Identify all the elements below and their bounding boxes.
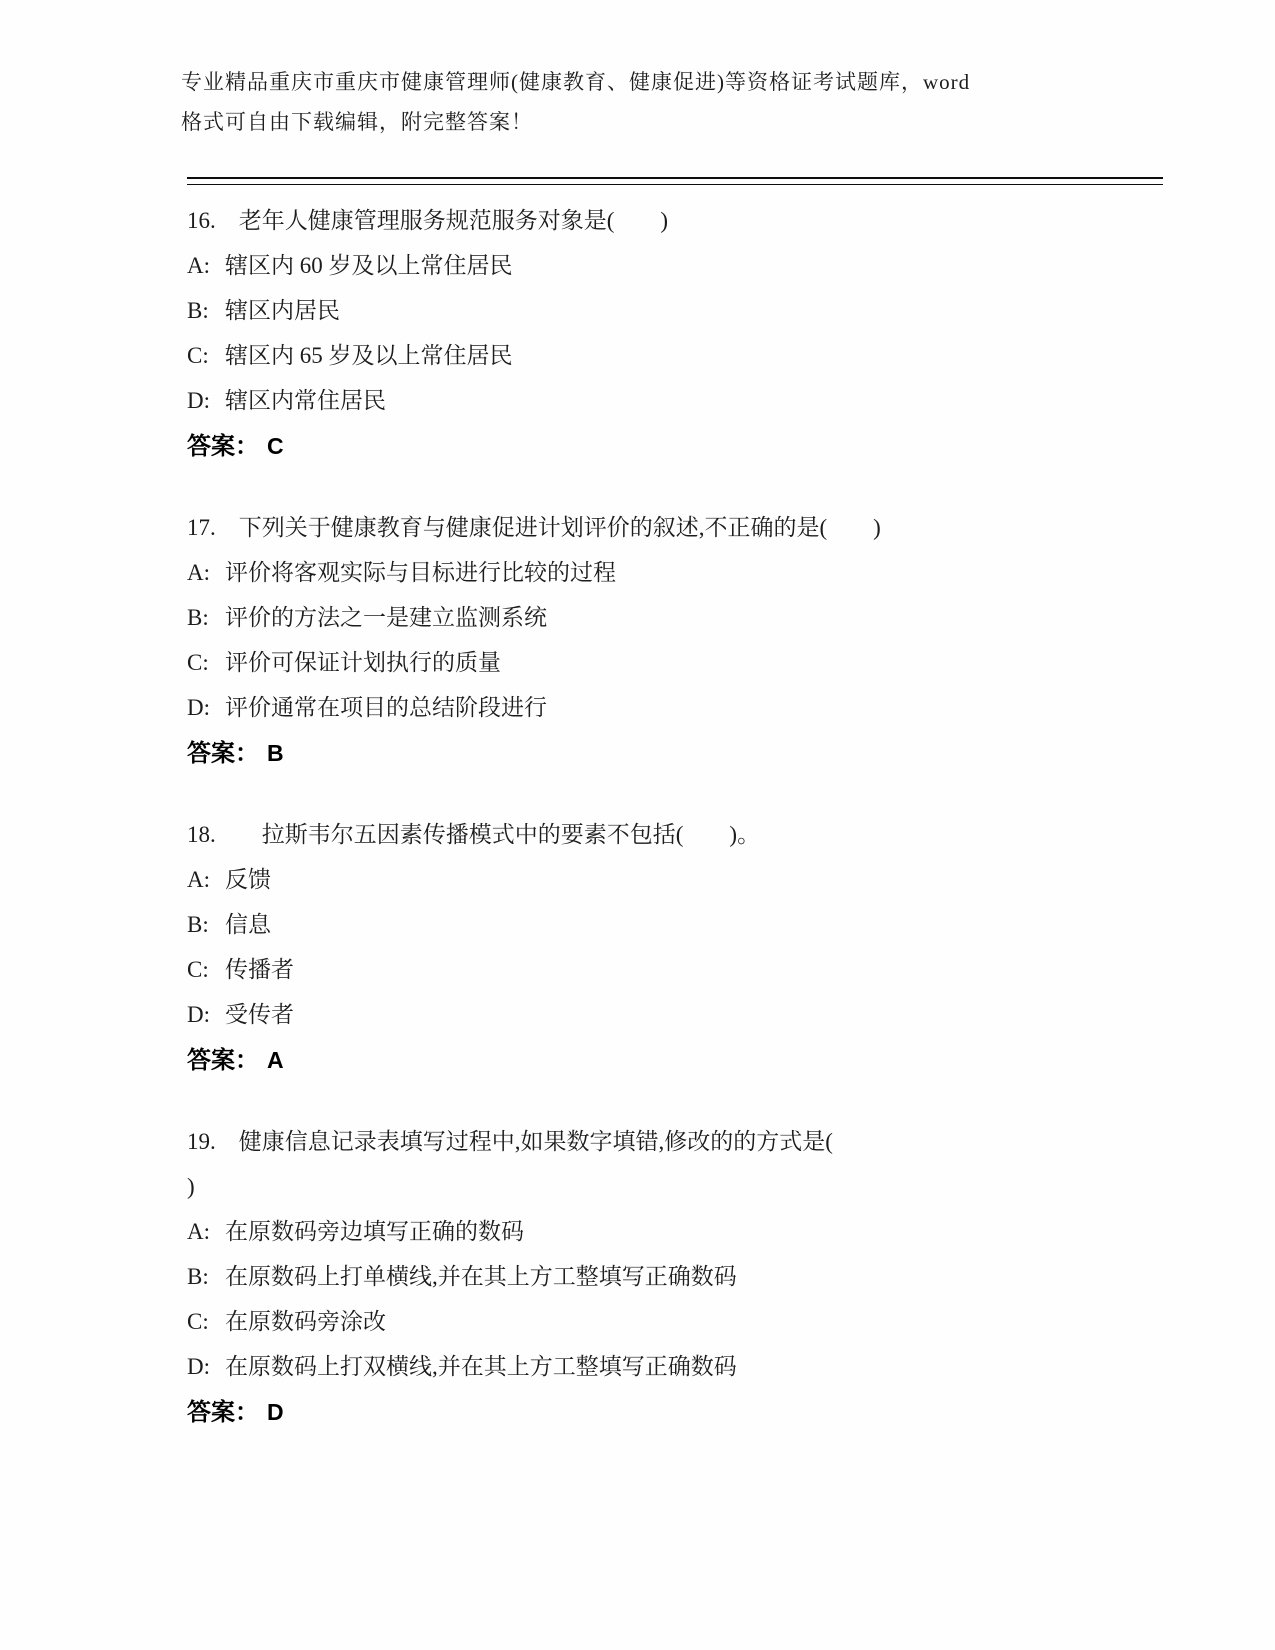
option-text: 传播者: [225, 957, 294, 982]
option-text: 评价的方法之一是建立监测系统: [225, 605, 547, 630]
answer-row: 答案：A: [187, 1037, 1177, 1085]
header-line-2: 格式可自由下载编辑，附完整答案！: [181, 102, 1171, 142]
option-text: 信息: [225, 912, 271, 937]
option-label: D:: [187, 378, 211, 423]
option-text: 反馈: [225, 867, 271, 892]
option-row: B:评价的方法之一是建立监测系统: [187, 595, 1177, 640]
question-stem: 18. 拉斯韦尔五因素传播模式中的要素不包括( )。: [187, 812, 1177, 857]
option-label: D:: [187, 685, 211, 730]
option-row: A:辖区内 60 岁及以上常住居民: [187, 243, 1177, 288]
option-row: D:在原数码上打双横线,并在其上方工整填写正确数码: [187, 1344, 1177, 1389]
option-text: 在原数码上打双横线,并在其上方工整填写正确数码: [225, 1354, 737, 1379]
option-row: D:辖区内常住居民: [187, 378, 1177, 423]
option-label: A:: [187, 550, 211, 595]
option-row: C:辖区内 65 岁及以上常住居民: [187, 333, 1177, 378]
question-stem: 19. 健康信息记录表填写过程中,如果数字填错,修改的的方式是(: [187, 1119, 1177, 1164]
option-text: 在原数码旁涂改: [225, 1309, 386, 1334]
option-label: D:: [187, 992, 211, 1037]
answer-row: 答案：D: [187, 1389, 1177, 1437]
option-label: C:: [187, 947, 211, 992]
questions: 16. 老年人健康管理服务规范服务对象是( )A:辖区内 60 岁及以上常住居民…: [187, 198, 1177, 1471]
answer-label: 答案：: [187, 1400, 259, 1426]
answer-row: 答案：B: [187, 730, 1177, 778]
option-label: B:: [187, 595, 211, 640]
answer-label: 答案：: [187, 1048, 259, 1074]
answer-row: 答案：C: [187, 423, 1177, 471]
answer-value: C: [267, 433, 284, 459]
option-row: B:辖区内居民: [187, 288, 1177, 333]
question-block: 19. 健康信息记录表填写过程中,如果数字填错,修改的的方式是()A:在原数码旁…: [187, 1119, 1177, 1437]
option-label: A:: [187, 243, 211, 288]
answer-label: 答案：: [187, 434, 259, 460]
question-stem: 17. 下列关于健康教育与健康促进计划评价的叙述,不正确的是( ): [187, 505, 1177, 550]
option-label: C:: [187, 1299, 211, 1344]
option-text: 辖区内 65 岁及以上常住居民: [225, 343, 513, 368]
option-label: B:: [187, 1254, 211, 1299]
answer-value: D: [267, 1399, 284, 1425]
answer-value: A: [267, 1047, 284, 1073]
question-block: 16. 老年人健康管理服务规范服务对象是( )A:辖区内 60 岁及以上常住居民…: [187, 198, 1177, 471]
header-divider-rule: [187, 177, 1163, 185]
option-row: A:在原数码旁边填写正确的数码: [187, 1209, 1177, 1254]
option-text: 辖区内 60 岁及以上常住居民: [225, 253, 513, 278]
option-row: B:在原数码上打单横线,并在其上方工整填写正确数码: [187, 1254, 1177, 1299]
option-text: 辖区内居民: [225, 298, 340, 323]
page-header: 专业精品重庆市重庆市健康管理师(健康教育、健康促进)等资格证考试题库，word …: [181, 62, 1171, 142]
document-page: 专业精品重庆市重庆市健康管理师(健康教育、健康促进)等资格证考试题库，word …: [0, 0, 1275, 1650]
option-text: 在原数码旁边填写正确的数码: [225, 1219, 524, 1244]
option-text: 评价通常在项目的总结阶段进行: [225, 695, 547, 720]
option-text: 在原数码上打单横线,并在其上方工整填写正确数码: [225, 1264, 737, 1289]
option-row: A:反馈: [187, 857, 1177, 902]
option-label: B:: [187, 902, 211, 947]
option-label: A:: [187, 1209, 211, 1254]
option-text: 辖区内常住居民: [225, 388, 386, 413]
answer-value: B: [267, 740, 284, 766]
option-text: 受传者: [225, 1002, 294, 1027]
option-label: C:: [187, 333, 211, 378]
option-text: 评价将客观实际与目标进行比较的过程: [225, 560, 616, 585]
question-stem: 16. 老年人健康管理服务规范服务对象是( ): [187, 198, 1177, 243]
option-label: D:: [187, 1344, 211, 1389]
option-row: C:在原数码旁涂改: [187, 1299, 1177, 1344]
answer-label: 答案：: [187, 741, 259, 767]
option-row: A:评价将客观实际与目标进行比较的过程: [187, 550, 1177, 595]
question-block: 18. 拉斯韦尔五因素传播模式中的要素不包括( )。A:反馈B:信息C:传播者D…: [187, 812, 1177, 1085]
option-label: B:: [187, 288, 211, 333]
header-line-1: 专业精品重庆市重庆市健康管理师(健康教育、健康促进)等资格证考试题库，word: [181, 62, 1171, 102]
option-label: C:: [187, 640, 211, 685]
option-label: A:: [187, 857, 211, 902]
option-row: C:评价可保证计划执行的质量: [187, 640, 1177, 685]
question-block: 17. 下列关于健康教育与健康促进计划评价的叙述,不正确的是( )A:评价将客观…: [187, 505, 1177, 778]
question-stem: ): [187, 1164, 1177, 1209]
option-row: C:传播者: [187, 947, 1177, 992]
option-row: D:受传者: [187, 992, 1177, 1037]
option-text: 评价可保证计划执行的质量: [225, 650, 501, 675]
option-row: D:评价通常在项目的总结阶段进行: [187, 685, 1177, 730]
option-row: B:信息: [187, 902, 1177, 947]
